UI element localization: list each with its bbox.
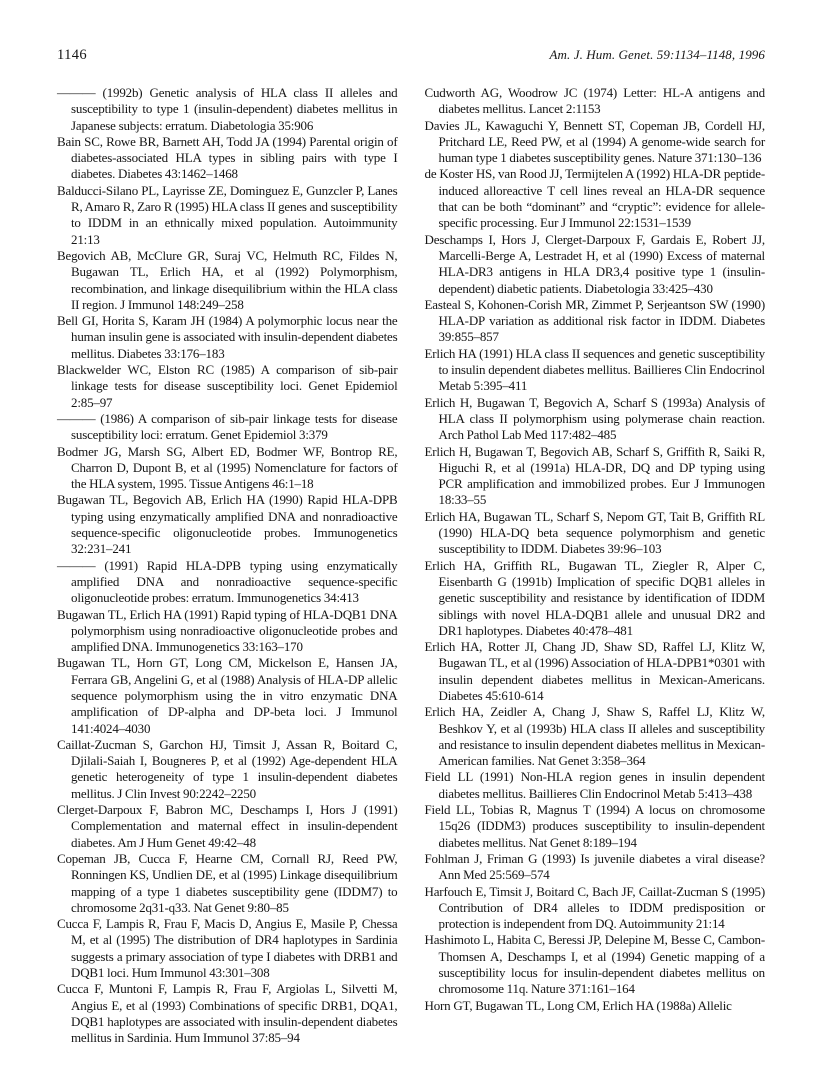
reference-entry: Balducci-Silano PL, Layrisse ZE, Domingu… <box>57 183 398 248</box>
running-head-journal-citation: Am. J. Hum. Genet. 59:1134–1148, 1996 <box>549 47 765 63</box>
reference-entry: Begovich AB, McClure GR, Suraj VC, Helmu… <box>57 248 398 313</box>
reference-entry: Erlich HA, Bugawan TL, Scharf S, Nepom G… <box>425 509 766 558</box>
reference-entry: Fohlman J, Friman G (1993) Is juvenile d… <box>425 851 766 884</box>
reference-entry: Field LL, Tobias R, Magnus T (1994) A lo… <box>425 802 766 851</box>
reference-entry: Bell GI, Horita S, Karam JH (1984) A pol… <box>57 313 398 362</box>
reference-entry: Erlich HA, Rotter JI, Chang JD, Shaw SD,… <box>425 639 766 704</box>
reference-entry: Caillat-Zucman S, Garchon HJ, Timsit J, … <box>57 737 398 802</box>
reference-entry: Erlich H, Bugawan T, Begovich A, Scharf … <box>425 395 766 444</box>
reference-entry: ——— (1991) Rapid HLA-DPB typing using en… <box>57 558 398 607</box>
journal-page: 1146 Am. J. Hum. Genet. 59:1134–1148, 19… <box>0 0 820 1086</box>
reference-entry: Erlich HA, Zeidler A, Chang J, Shaw S, R… <box>425 704 766 769</box>
reference-entry: Harfouch E, Timsit J, Boitard C, Bach JF… <box>425 884 766 933</box>
page-header: 1146 Am. J. Hum. Genet. 59:1134–1148, 19… <box>57 47 765 64</box>
reference-entry: Horn GT, Bugawan TL, Long CM, Erlich HA … <box>425 998 766 1014</box>
references-column-left: ——— (1992b) Genetic analysis of HLA clas… <box>57 85 398 1047</box>
references-column-right: Cudworth AG, Woodrow JC (1974) Letter: H… <box>425 85 766 1047</box>
reference-entry: Cucca F, Muntoni F, Lampis R, Frau F, Ar… <box>57 981 398 1046</box>
reference-entry: Bodmer JG, Marsh SG, Albert ED, Bodmer W… <box>57 444 398 493</box>
reference-entry: Bugawan TL, Erlich HA (1991) Rapid typin… <box>57 607 398 656</box>
reference-entry: Bain SC, Rowe BR, Barnett AH, Todd JA (1… <box>57 134 398 183</box>
reference-entry: Clerget-Darpoux F, Babron MC, Deschamps … <box>57 802 398 851</box>
reference-entry: de Koster HS, van Rood JJ, Termijtelen A… <box>425 166 766 231</box>
reference-entry: Hashimoto L, Habita C, Beressi JP, Delep… <box>425 932 766 997</box>
reference-entry: Blackwelder WC, Elston RC (1985) A compa… <box>57 362 398 411</box>
reference-entry: ——— (1986) A comparison of sib-pair link… <box>57 411 398 444</box>
reference-entry: Erlich H, Bugawan T, Begovich AB, Scharf… <box>425 444 766 509</box>
reference-entry: Cucca F, Lampis R, Frau F, Macis D, Angi… <box>57 916 398 981</box>
reference-entry: Easteal S, Kohonen-Corish MR, Zimmet P, … <box>425 297 766 346</box>
reference-entry: Bugawan TL, Horn GT, Long CM, Mickelson … <box>57 655 398 736</box>
reference-entry: Erlich HA (1991) HLA class II sequences … <box>425 346 766 395</box>
reference-entry: Field LL (1991) Non-HLA region genes in … <box>425 769 766 802</box>
reference-entry: Cudworth AG, Woodrow JC (1974) Letter: H… <box>425 85 766 118</box>
reference-entry: Deschamps I, Hors J, Clerget-Darpoux F, … <box>425 232 766 297</box>
reference-entry: Davies JL, Kawaguchi Y, Bennett ST, Cope… <box>425 118 766 167</box>
reference-entry: Copeman JB, Cucca F, Hearne CM, Cornall … <box>57 851 398 916</box>
references-section: ——— (1992b) Genetic analysis of HLA clas… <box>57 85 765 1047</box>
reference-entry: Bugawan TL, Begovich AB, Erlich HA (1990… <box>57 492 398 557</box>
reference-entry: ——— (1992b) Genetic analysis of HLA clas… <box>57 85 398 134</box>
page-number: 1146 <box>57 47 87 64</box>
reference-entry: Erlich HA, Griffith RL, Bugawan TL, Zieg… <box>425 558 766 639</box>
